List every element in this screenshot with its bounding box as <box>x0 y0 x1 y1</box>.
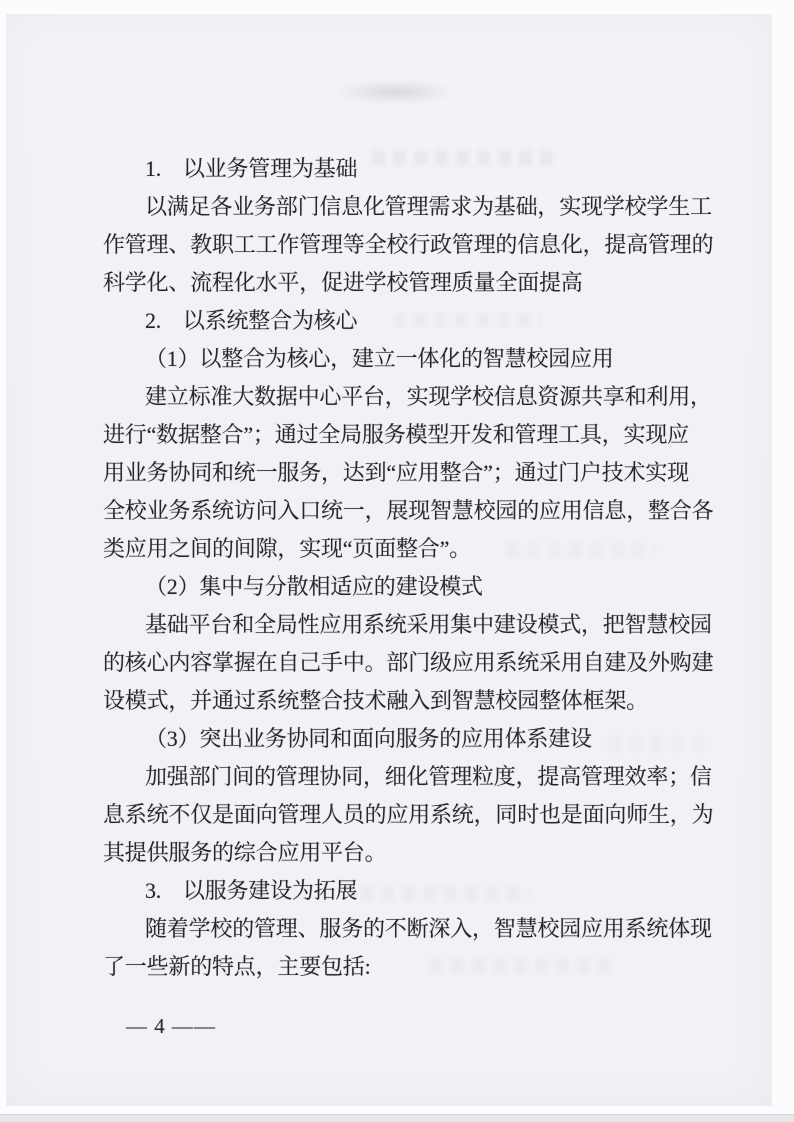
scan-smudge <box>336 80 454 104</box>
doc-line: 类应用之间的间隙，实现“页面整合”。 <box>103 530 719 568</box>
doc-line: 科学化、流程化水平，促进学校管理质量全面提高 <box>103 264 719 302</box>
doc-line: 建立标准大数据中心平台，实现学校信息资源共享和利用， <box>103 378 719 416</box>
doc-line: 以满足各业务部门信息化管理需求为基础，实现学校学生工 <box>103 188 719 226</box>
document-body: 1. 以业务管理为基础 以满足各业务部门信息化管理需求为基础，实现学校学生工 作… <box>103 150 719 986</box>
doc-line: 了一些新的特点，主要包括: <box>103 948 719 986</box>
doc-line: 息系统不仅是面向管理人员的应用系统，同时也是面向师生，为 <box>103 796 719 834</box>
scan-edge-strip <box>0 1114 794 1122</box>
doc-line: 其提供服务的综合应用平台。 <box>103 834 719 872</box>
doc-line: 进行“数据整合”；通过全局服务模型开发和管理工具，实现应 <box>103 416 719 454</box>
doc-line: 加强部门间的管理协同，细化管理粒度，提高管理效率；信 <box>103 758 719 796</box>
doc-line: 的核心内容掌握在自己手中。部门级应用系统采用自建及外购建 <box>103 644 719 682</box>
heading-line: 2. 以系统整合为核心 <box>103 302 719 340</box>
doc-line: 用业务协同和统一服务，达到“应用整合”；通过门户技术实现 <box>103 454 719 492</box>
doc-line: 全校业务系统访问入口统一，展现智慧校园的应用信息，整合各 <box>103 492 719 530</box>
heading-line: 3. 以服务建设为拓展 <box>103 872 719 910</box>
subheading-line: （3）突出业务协同和面向服务的应用体系建设 <box>103 720 719 758</box>
page-number: — 4 —— <box>126 1014 216 1039</box>
doc-line: 设模式，并通过系统整合技术融入到智慧校园整体框架。 <box>103 682 719 720</box>
doc-line: 随着学校的管理、服务的不断深入，智慧校园应用系统体现 <box>103 910 719 948</box>
subheading-line: （1）以整合为核心，建立一体化的智慧校园应用 <box>103 340 719 378</box>
subheading-line: （2）集中与分散相适应的建设模式 <box>103 568 719 606</box>
doc-line: 基础平台和全局性应用系统采用集中建设模式，把智慧校园 <box>103 606 719 644</box>
doc-line: 作管理、教职工工作管理等全校行政管理的信息化，提高管理的 <box>103 226 719 264</box>
heading-line: 1. 以业务管理为基础 <box>103 150 719 188</box>
